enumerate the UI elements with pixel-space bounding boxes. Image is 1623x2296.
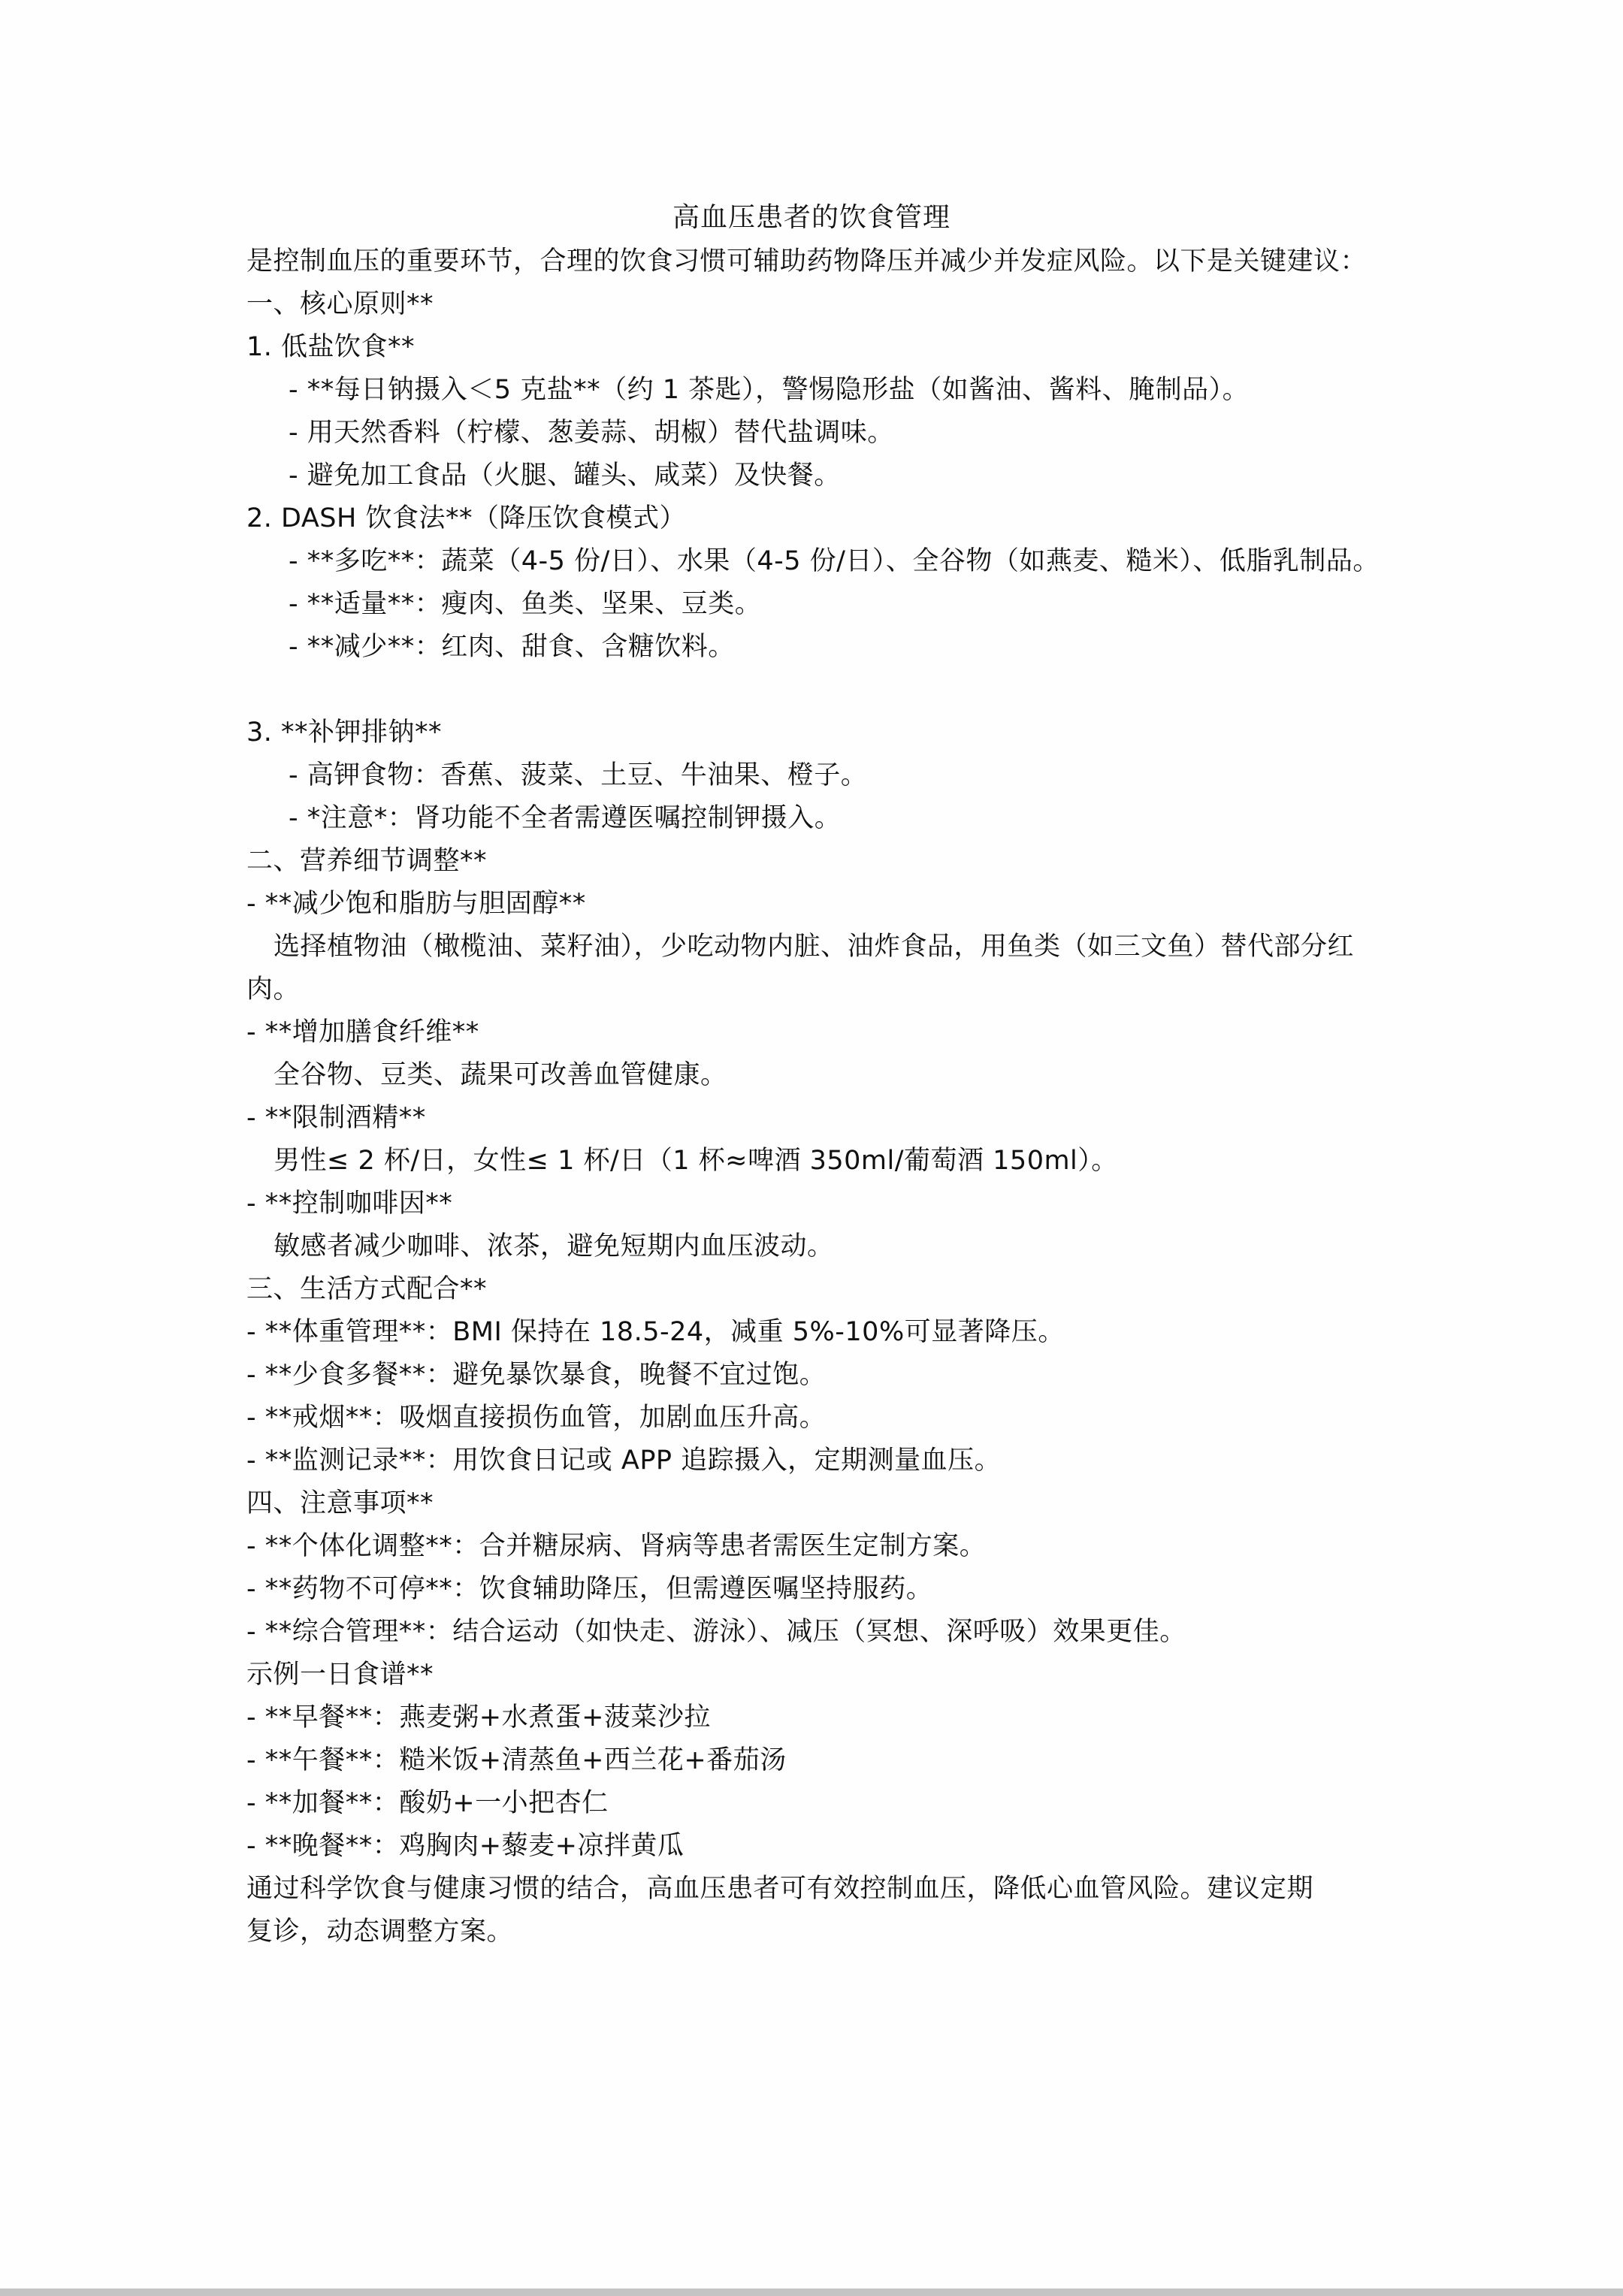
section-heading-sample-menu: 示例一日食谱** xyxy=(246,1654,1404,1696)
document-page: 高血压患者的饮食管理 是控制血压的重要环节，合理的饮食习惯可辅助药物降压并减少并… xyxy=(0,0,1623,2288)
list-item: - **适量**：瘦肉、鱼类、坚果、豆类。 xyxy=(246,583,1404,626)
conclusion-line-1: 通过科学饮食与健康习惯的结合，高血压患者可有效控制血压，降低心血管风险。建议定期 xyxy=(246,1868,1404,1911)
list-item: - **每日钠摄入＜5 克盐**（约 1 茶匙），警惕隐形盐（如酱油、酱料、腌制… xyxy=(246,369,1404,412)
menu-item-breakfast: - **早餐**：燕麦粥+水煮蛋+菠菜沙拉 xyxy=(246,1696,1404,1739)
document-body: 是控制血压的重要环节，合理的饮食习惯可辅助药物降压并减少并发症风险。以下是关键建… xyxy=(246,240,1404,1953)
list-item-title: - **控制咖啡因** xyxy=(246,1183,1404,1225)
page-bottom-border xyxy=(0,2288,1623,2296)
section-heading-core-principles: 一、核心原则** xyxy=(246,283,1404,326)
subsection-heading-potassium: 3. **补钾排钠** xyxy=(246,711,1404,754)
section-heading-lifestyle: 三、生活方式配合** xyxy=(246,1268,1404,1311)
list-item: - 避免加工食品（火腿、罐头、咸菜）及快餐。 xyxy=(246,455,1404,497)
subsection-heading-dash: 2. DASH 饮食法**（降压饮食模式） xyxy=(246,497,1404,540)
list-item-body: 全谷物、豆类、蔬果可改善血管健康。 xyxy=(246,1054,1404,1097)
list-item: - **减少**：红肉、甜食、含糖饮料。 xyxy=(246,626,1404,669)
list-item: - **少食多餐**：避免暴饮暴食，晚餐不宜过饱。 xyxy=(246,1354,1404,1397)
list-item: - **多吃**：蔬菜（4-5 份/日）、水果（4-5 份/日）、全谷物（如燕麦… xyxy=(246,540,1404,583)
blank-line xyxy=(246,669,1404,711)
list-item-body: 男性≤ 2 杯/日，女性≤ 1 杯/日（1 杯≈啤酒 350ml/葡萄酒 150… xyxy=(246,1140,1404,1183)
subsection-heading-low-salt: 1. 低盐饮食** xyxy=(246,326,1404,369)
list-item: - 高钾食物：香蕉、菠菜、土豆、牛油果、橙子。 xyxy=(246,754,1404,797)
list-item: - *注意*：肾功能不全者需遵医嘱控制钾摄入。 xyxy=(246,797,1404,840)
section-heading-notes: 四、注意事项** xyxy=(246,1482,1404,1525)
list-item: - 用天然香料（柠檬、葱姜蒜、胡椒）替代盐调味。 xyxy=(246,412,1404,455)
list-item-body: 敏感者减少咖啡、浓茶，避免短期内血压波动。 xyxy=(246,1225,1404,1268)
conclusion-line-2: 复诊，动态调整方案。 xyxy=(246,1911,1404,1953)
section-heading-nutrition: 二、营养细节调整** xyxy=(246,840,1404,883)
list-item: - **体重管理**：BMI 保持在 18.5-24，减重 5%-10%可显著降… xyxy=(246,1311,1404,1354)
menu-item-lunch: - **午餐**：糙米饭+清蒸鱼+西兰花+番茄汤 xyxy=(246,1739,1404,1782)
list-item-title: - **减少饱和脂肪与胆固醇** xyxy=(246,883,1404,926)
document-title: 高血压患者的饮食管理 xyxy=(0,197,1623,239)
list-item: - **药物不可停**：饮食辅助降压，但需遵医嘱坚持服药。 xyxy=(246,1568,1404,1611)
menu-item-dinner: - **晚餐**：鸡胸肉+藜麦+凉拌黄瓜 xyxy=(246,1825,1404,1868)
list-item: - **个体化调整**：合并糖尿病、肾病等患者需医生定制方案。 xyxy=(246,1525,1404,1568)
intro-paragraph: 是控制血压的重要环节，合理的饮食习惯可辅助药物降压并减少并发症风险。以下是关键建… xyxy=(246,240,1404,283)
list-item-title: - **限制酒精** xyxy=(246,1097,1404,1140)
list-item-body: 选择植物油（橄榄油、菜籽油），少吃动物内脏、油炸食品，用鱼类（如三文鱼）替代部分… xyxy=(246,926,1404,968)
list-item: - **戒烟**：吸烟直接损伤血管，加剧血压升高。 xyxy=(246,1397,1404,1440)
menu-item-snack: - **加餐**：酸奶+一小把杏仁 xyxy=(246,1782,1404,1825)
list-item-title: - **增加膳食纤维** xyxy=(246,1011,1404,1054)
list-item-body-continued: 肉。 xyxy=(246,968,1404,1011)
list-item: - **监测记录**：用饮食日记或 APP 追踪摄入，定期测量血压。 xyxy=(246,1440,1404,1482)
list-item: - **综合管理**：结合运动（如快走、游泳）、减压（冥想、深呼吸）效果更佳。 xyxy=(246,1611,1404,1654)
